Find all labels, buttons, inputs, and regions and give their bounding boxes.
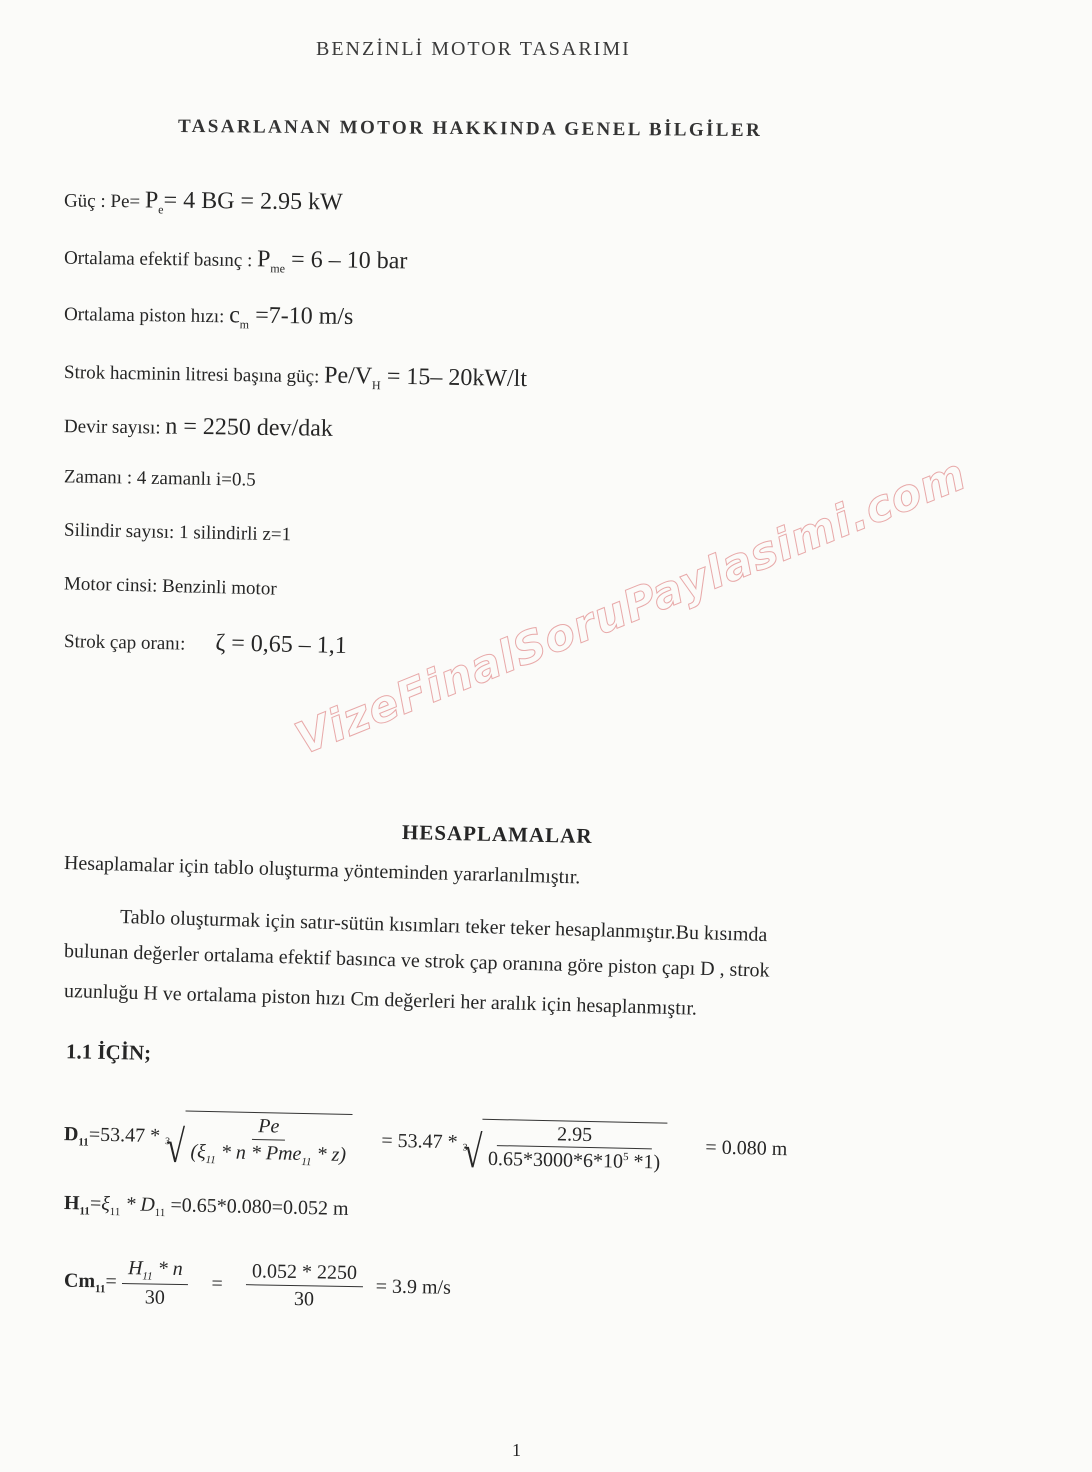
info-stroke: Zamanı : 4 zamanlı i=0.5 <box>64 466 256 491</box>
info-cylinders: Silindir sayısı: 1 silindirli z=1 <box>64 520 292 547</box>
formula-d: D11=53.47 * 3√ Pe (ξ11 * n * Pme11 * z) … <box>63 1108 787 1178</box>
paragraph-2-line-1: Tablo oluşturmak için satır-sütün kısıml… <box>120 906 768 947</box>
document-title: BENZİNLİ MOTOR TASARIMI <box>316 38 631 61</box>
section-heading: 1.1 İÇİN; <box>66 1039 152 1065</box>
info-engine-type: Motor cinsi: Benzinli motor <box>64 573 277 600</box>
paragraph-2-line-3: uzunluğu H ve ortalama piston hızı Cm de… <box>64 980 698 1021</box>
info-pressure: Ortalama efektif basınç : Pme = 6 – 10 b… <box>64 244 408 279</box>
info-stroke-bore-ratio: Strok çap oranı:ζ = 0,65 – 1,1 <box>64 627 347 660</box>
info-piston-speed: Ortalama piston hızı: cm =7-10 m/s <box>64 300 354 334</box>
formula-h: H11=ξ11 * D11 =0.65*0.080=0.052 m <box>64 1192 349 1223</box>
document-subtitle: TASARLANAN MOTOR HAKKINDA GENEL BİLGİLER <box>178 116 762 142</box>
info-power: Güç : Pe= Pe= 4 BG = 2.95 kW <box>64 187 343 220</box>
paragraph-2-line-2: bulunan değerler ortalama efektif basınc… <box>64 940 770 983</box>
cube-root-symbolic: 3√ Pe (ξ11 * n * Pme11 * z) <box>165 1110 353 1169</box>
watermark: VizeFinalSoruPaylasimi.com <box>288 449 973 765</box>
page-number: 1 <box>512 1440 521 1461</box>
info-power-per-liter: Strok hacminin litresi başına güç: Pe/VH… <box>64 358 527 396</box>
formula-cm: Cm11= H11 * n 30 = 0.052 * 2250 30 = 3.9… <box>64 1256 452 1315</box>
paragraph-1: Hesaplamalar için tablo oluşturma yöntem… <box>64 852 581 889</box>
info-rpm: Devir sayısı: n = 2250 dev/dak <box>64 412 333 443</box>
cube-root-numeric: 3√ 2.95 0.65*3000*6*105 *1) <box>462 1118 667 1174</box>
calculations-heading: HESAPLAMALAR <box>402 820 593 849</box>
